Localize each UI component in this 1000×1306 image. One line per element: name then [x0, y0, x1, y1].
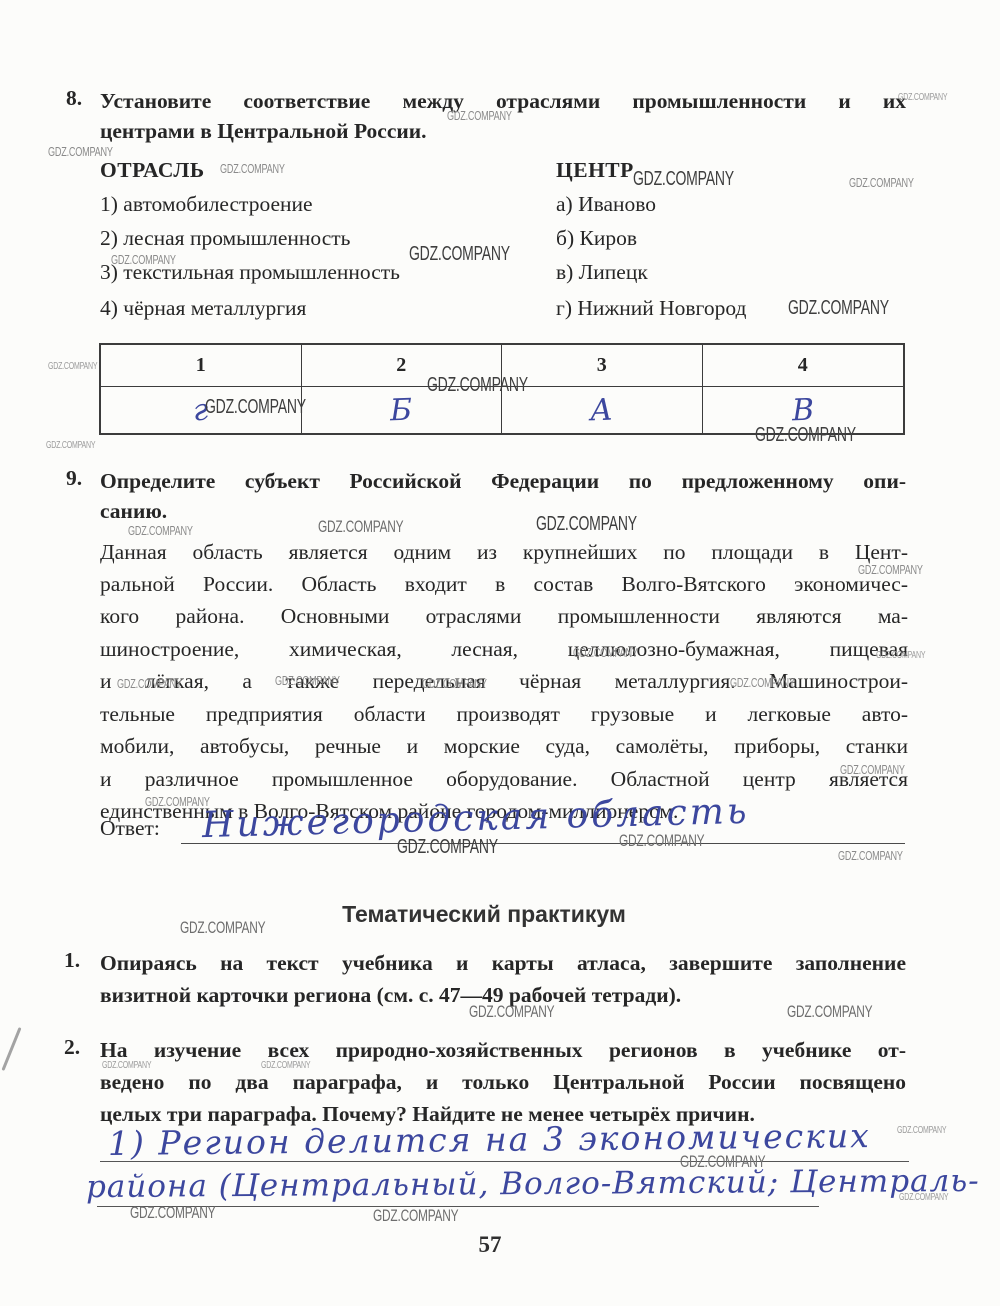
- workbook-page: 8. Установите соответствие между отрасля…: [0, 0, 1000, 1306]
- table-header-cell-1: 1: [101, 345, 302, 387]
- watermark: GDZ.COMPANY: [633, 168, 734, 191]
- center-item-v: в) Липецк: [556, 260, 648, 285]
- industry-item-4: 4) чёрная металлургия: [100, 296, 306, 321]
- question-9-text-line1: Определите субъект Российской Федерации …: [100, 466, 906, 496]
- question-8-number: 8.: [66, 86, 82, 111]
- description-line-7: мобили, автобусы, речные и морские суда,…: [100, 730, 908, 763]
- description-line-6: тельные предприятия области производят г…: [100, 698, 908, 731]
- practicum-q2-number: 2.: [64, 1035, 80, 1060]
- handwritten-answer-line-2: района (Центральный, Волго-Вятский; Цент…: [86, 1163, 980, 1205]
- watermark: GDZ.COMPANY: [409, 243, 510, 266]
- table-answer-cell-2: Б: [302, 387, 503, 433]
- table-answer-cell-1: г: [101, 387, 302, 433]
- question-9-text-line2: санию.: [100, 496, 906, 526]
- industry-item-3: 3) текстильная промышленность: [100, 260, 400, 285]
- description-line-4: шиностроение, химическая, лесная, целлюл…: [100, 633, 908, 666]
- handwritten-answer-3: А: [590, 392, 614, 428]
- description-line-2: ральной России. Область входит в состав …: [100, 568, 908, 601]
- practicum-q2-line2: ведено по два параграфа, и только Центра…: [100, 1067, 906, 1097]
- industry-item-1: 1) автомобилестроение: [100, 192, 313, 217]
- table-answer-cell-4: В: [703, 387, 904, 433]
- description-line-8: и различное промышленное оборудование. О…: [100, 763, 908, 796]
- watermark: GDZ.COMPANY: [220, 161, 285, 176]
- practicum-q1-line2: визитной карточки региона (см. с. 47—49 …: [100, 980, 906, 1010]
- handwritten-answer-4: В: [791, 392, 814, 428]
- answer-rule-1: [100, 1161, 909, 1162]
- practicum-heading: Тематический практикум: [63, 901, 905, 928]
- watermark: GDZ.COMPANY: [48, 144, 113, 159]
- watermark: GDZ.COMPANY: [838, 848, 903, 863]
- table-answer-cell-3: А: [502, 387, 703, 433]
- description-line-3: кого района. Основными отраслями промышл…: [100, 600, 908, 633]
- question-8-text-line1: Установите соответствие между отраслями …: [100, 86, 906, 116]
- center-item-b: б) Киров: [556, 226, 637, 251]
- question-9-number: 9.: [66, 466, 82, 491]
- handwritten-answer-line-1: 1) Регион делится на 3 экономических: [108, 1116, 871, 1163]
- description-line-5: и лёгкая, а также передельная чёрная мет…: [100, 665, 908, 698]
- answer-rule-2: [97, 1206, 819, 1207]
- center-item-g: г) Нижний Новгород: [556, 296, 746, 321]
- answer-label: Ответ:: [100, 816, 160, 841]
- answer-table: 1 2 3 4 г Б А В: [99, 343, 905, 435]
- practicum-q2-line1: На изучение всех природно-хозяйственных …: [100, 1035, 906, 1065]
- watermark: GDZ.COMPANY: [373, 1206, 458, 1226]
- handwritten-answer-1: г: [193, 392, 209, 428]
- watermark: GDZ.COMPANY: [788, 297, 889, 320]
- table-header-cell-3: 3: [502, 345, 703, 387]
- watermark: GDZ.COMPANY: [48, 361, 97, 372]
- watermark: GDZ.COMPANY: [849, 175, 914, 190]
- description-line-1: Данная область является одним из крупней…: [100, 536, 908, 569]
- handwritten-answer-2: Б: [390, 392, 413, 428]
- question-8-text-line2: центрами в Центральной России.: [100, 116, 906, 146]
- match-left-header: ОТРАСЛЬ: [100, 158, 205, 183]
- pen-mark: [1, 1027, 21, 1071]
- watermark: GDZ.COMPANY: [46, 440, 95, 451]
- center-item-a: а) Иваново: [556, 192, 656, 217]
- page-number: 57: [440, 1232, 540, 1258]
- practicum-q1-line1: Опираясь на текст учебника и карты атлас…: [100, 948, 906, 978]
- table-header-cell-4: 4: [703, 345, 904, 387]
- match-right-header: ЦЕНТР: [556, 158, 634, 183]
- practicum-q1-number: 1.: [64, 948, 80, 973]
- table-header-cell-2: 2: [302, 345, 503, 387]
- industry-item-2: 2) лесная промышленность: [100, 226, 350, 251]
